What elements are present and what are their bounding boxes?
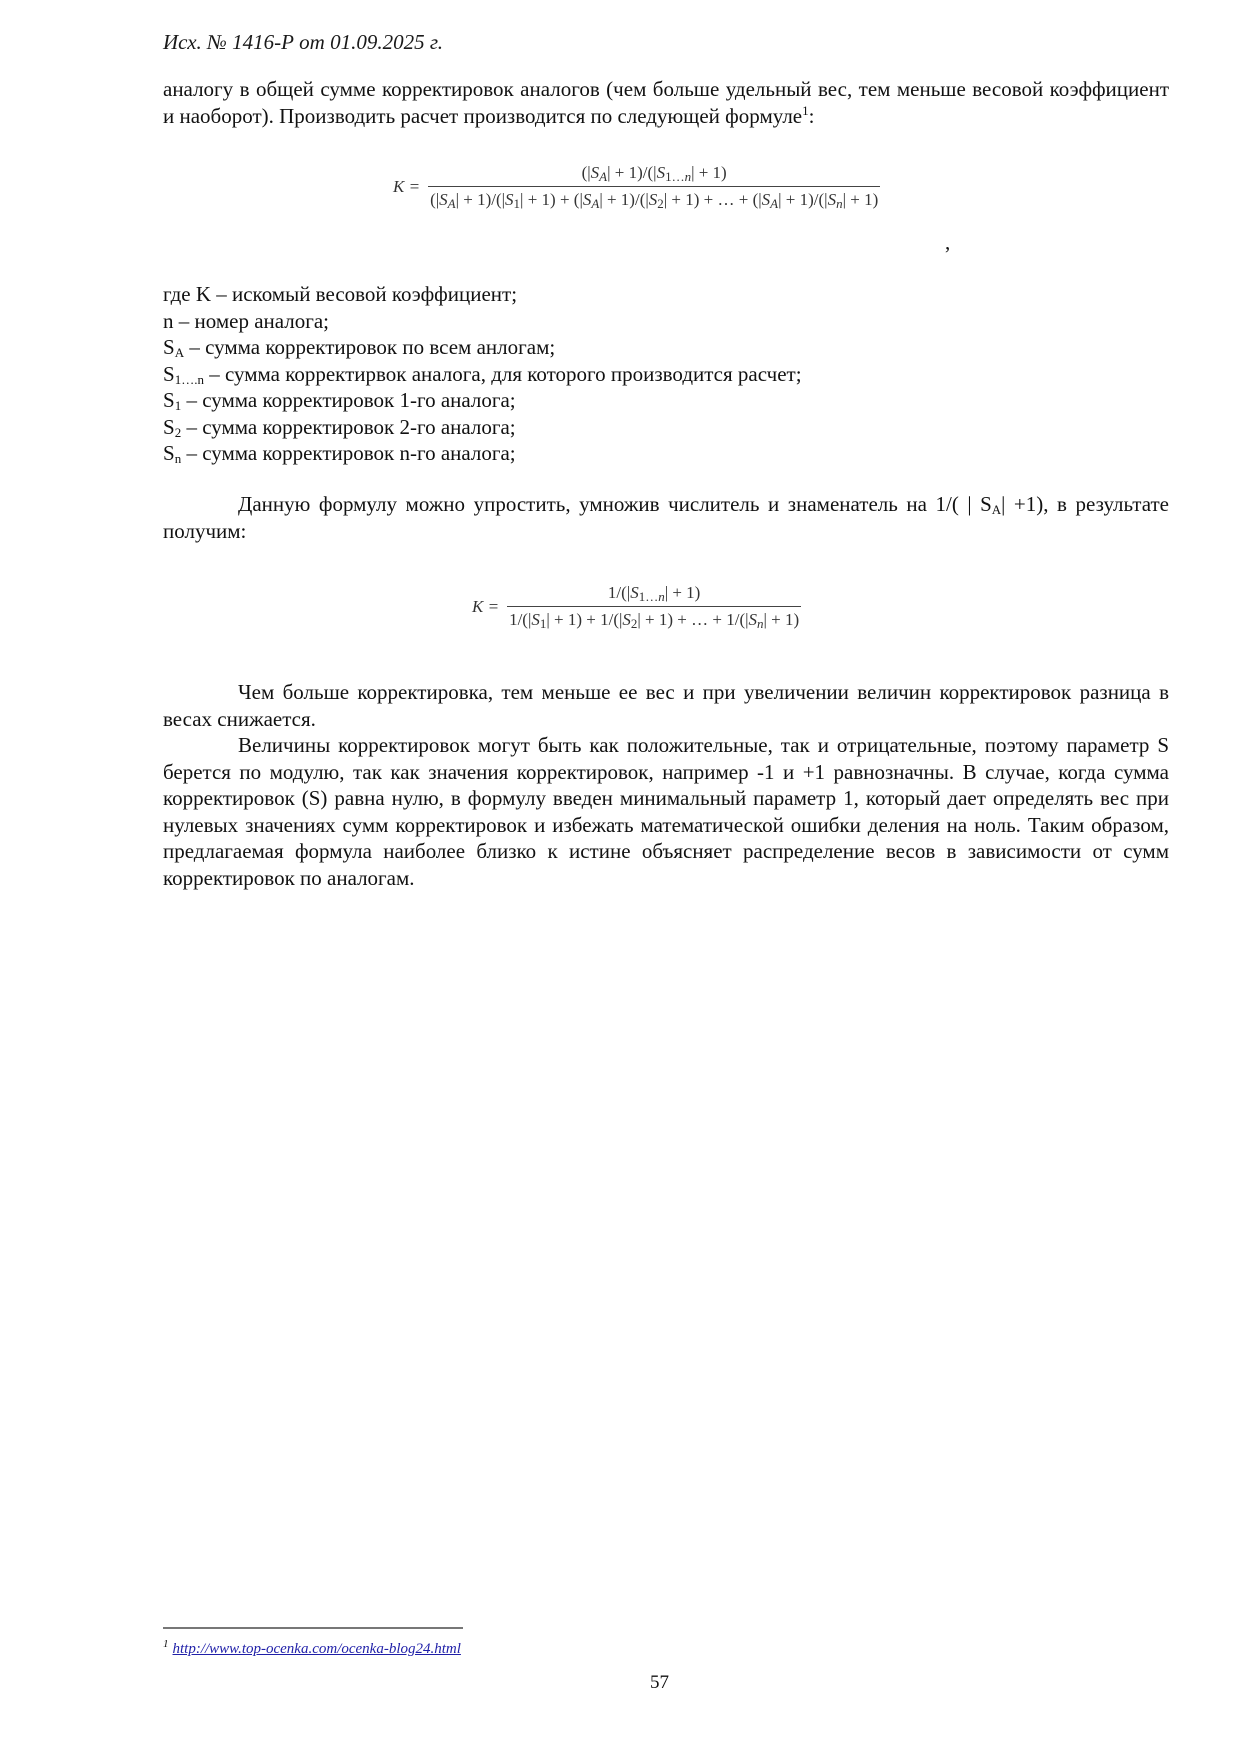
weight-formula-full: K = (|SA| + 1)/(|S1…n| + 1) (|SA| + 1)/(… (393, 163, 880, 210)
paragraph-intro: аналогу в общей сумме корректировок анал… (163, 76, 1169, 129)
definition-item: Sn – сумма корректировок n-го аналога; (163, 440, 802, 467)
footnote-separator (163, 1627, 463, 1629)
document-page: Исх. № 1416-Р от 01.09.2025 г. аналогу в… (0, 0, 1241, 1755)
definition-item: S1….n – сумма корректирвок аналога, для … (163, 361, 802, 388)
footnote: 1http://www.top-ocenka.com/ocenka-blog24… (163, 1638, 461, 1658)
formula-denominator: (|SA| + 1)/(|S1| + 1) + (|SA| + 1)/(|S2|… (428, 186, 880, 210)
paragraph-intro-text: аналогу в общей сумме корректировок анал… (163, 77, 1169, 128)
paragraph-weight-decrease: Чем больше корректировка, тем меньше ее … (163, 679, 1169, 732)
formula-trailing-comma: , (945, 230, 950, 255)
definition-item: n – номер аналога; (163, 308, 802, 335)
footnote-mark: 1 (163, 1638, 169, 1650)
formula-numerator: (|SA| + 1)/(|S1…n| + 1) (580, 163, 729, 186)
footnote-link[interactable]: http://www.top-ocenka.com/ocenka-blog24.… (173, 1641, 461, 1657)
outgoing-reference-header: Исх. № 1416-Р от 01.09.2025 г. (163, 30, 443, 55)
definition-item: где K – искомый весовой коэффициент; (163, 281, 802, 308)
weight-formula-simplified: K = 1/(|S1…n| + 1) 1/(|S1| + 1) + 1/(|S2… (472, 583, 801, 630)
paragraphs-conclusion: Чем больше корректировка, тем меньше ее … (163, 679, 1169, 891)
formula-lhs: K = (472, 597, 499, 617)
formula-lhs: K = (393, 177, 420, 197)
paragraph-intro-tail: : (809, 104, 815, 128)
definition-item: SA – сумма корректировок по всем анлогам… (163, 334, 802, 361)
formula-numerator: 1/(|S1…n| + 1) (606, 583, 702, 606)
paragraph-simplification: Данную формулу можно упростить, умножив … (163, 491, 1169, 544)
definition-item: S1 – сумма корректировок 1-го аналога; (163, 387, 802, 414)
definitions-list: где K – искомый весовой коэффициент; n –… (163, 281, 802, 467)
formula-fraction: (|SA| + 1)/(|S1…n| + 1) (|SA| + 1)/(|S1|… (428, 163, 880, 210)
formula-denominator: 1/(|S1| + 1) + 1/(|S2| + 1) + … + 1/(|Sn… (507, 606, 801, 630)
formula-fraction: 1/(|S1…n| + 1) 1/(|S1| + 1) + 1/(|S2| + … (507, 583, 801, 630)
definition-item: S2 – сумма корректировок 2-го аналога; (163, 414, 802, 441)
paragraph-modulus-explanation: Величины корректировок могут быть как по… (163, 732, 1169, 891)
page-number: 57 (650, 1672, 669, 1694)
